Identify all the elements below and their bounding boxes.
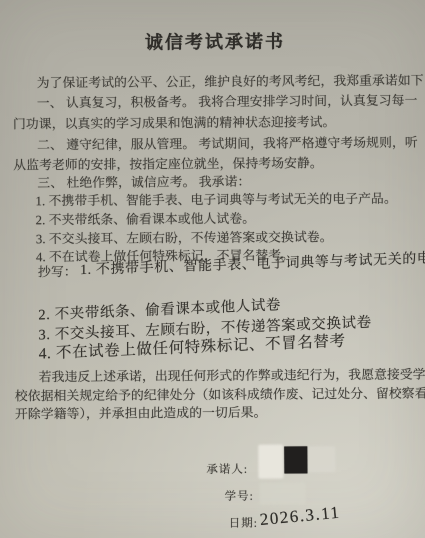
document-content: 诚信考试承诺书 为了保证考试的公平、公正，维护良好的考风考纪，我郑重承诺如下： …: [0, 0, 425, 538]
correction-patch: [259, 482, 305, 504]
closing-line-3: 开除学籍等），并承担由此造成的一切后果。: [15, 406, 267, 422]
document-title: 诚信考试承诺书: [0, 27, 423, 56]
correction-patch: [258, 445, 283, 479]
clause-1-line-2: 门功课，以真实的学习成果和饱满的精神状态迎接考试。: [13, 115, 336, 131]
copy-label: 抄写：: [38, 265, 77, 279]
promise-item-1: 1. 不携带手机、智能手表、电子词典等与考试无关的电子产品。: [35, 192, 396, 209]
handwritten-date: 2026.3.11: [259, 503, 341, 531]
closing-line-2: 校依据相关规定给予的纪律处分（如该科成绩作废、记过处分、留校察看、: [15, 386, 425, 403]
correction-patch: [307, 446, 335, 472]
clause-1-line-1: 一、 认真复习，积极备考。 我将合理安排学习时间，认真复习每一: [37, 94, 418, 111]
student-id-label: 学号:: [225, 488, 254, 504]
clause-2-line-1: 二、 遵守纪律，服从管理。 考试期间，我将严格遵守考场规则，听: [37, 136, 418, 153]
closing-line-1: 若我违反上述承诺，出现任何形式的作弊或违纪行为，我愿意接受学: [39, 368, 425, 385]
redacted-name-box: [284, 446, 307, 473]
date-label: 日期:: [229, 515, 258, 531]
promiser-label: 承诺人:: [206, 461, 248, 477]
clause-3-heading: 三、 杜绝作弊，诚信应考。 我承诺：: [37, 175, 250, 190]
promise-item-2: 2. 不夹带纸条、偷看课本或他人试卷。: [36, 212, 256, 228]
intro-line: 为了保证考试的公平、公正，维护良好的考风考纪，我郑重承诺如下：: [37, 73, 425, 90]
document-page: 诚信考试承诺书 为了保证考试的公平、公正，维护良好的考风考纪，我郑重承诺如下： …: [0, 0, 425, 538]
clause-2-line-2: 从监考老师的安排，按指定座位就坐，保持考场安静。: [13, 156, 323, 172]
promise-item-3: 3. 不交头接耳、左顾右盼，不传递答案或交换试卷。: [36, 230, 333, 246]
